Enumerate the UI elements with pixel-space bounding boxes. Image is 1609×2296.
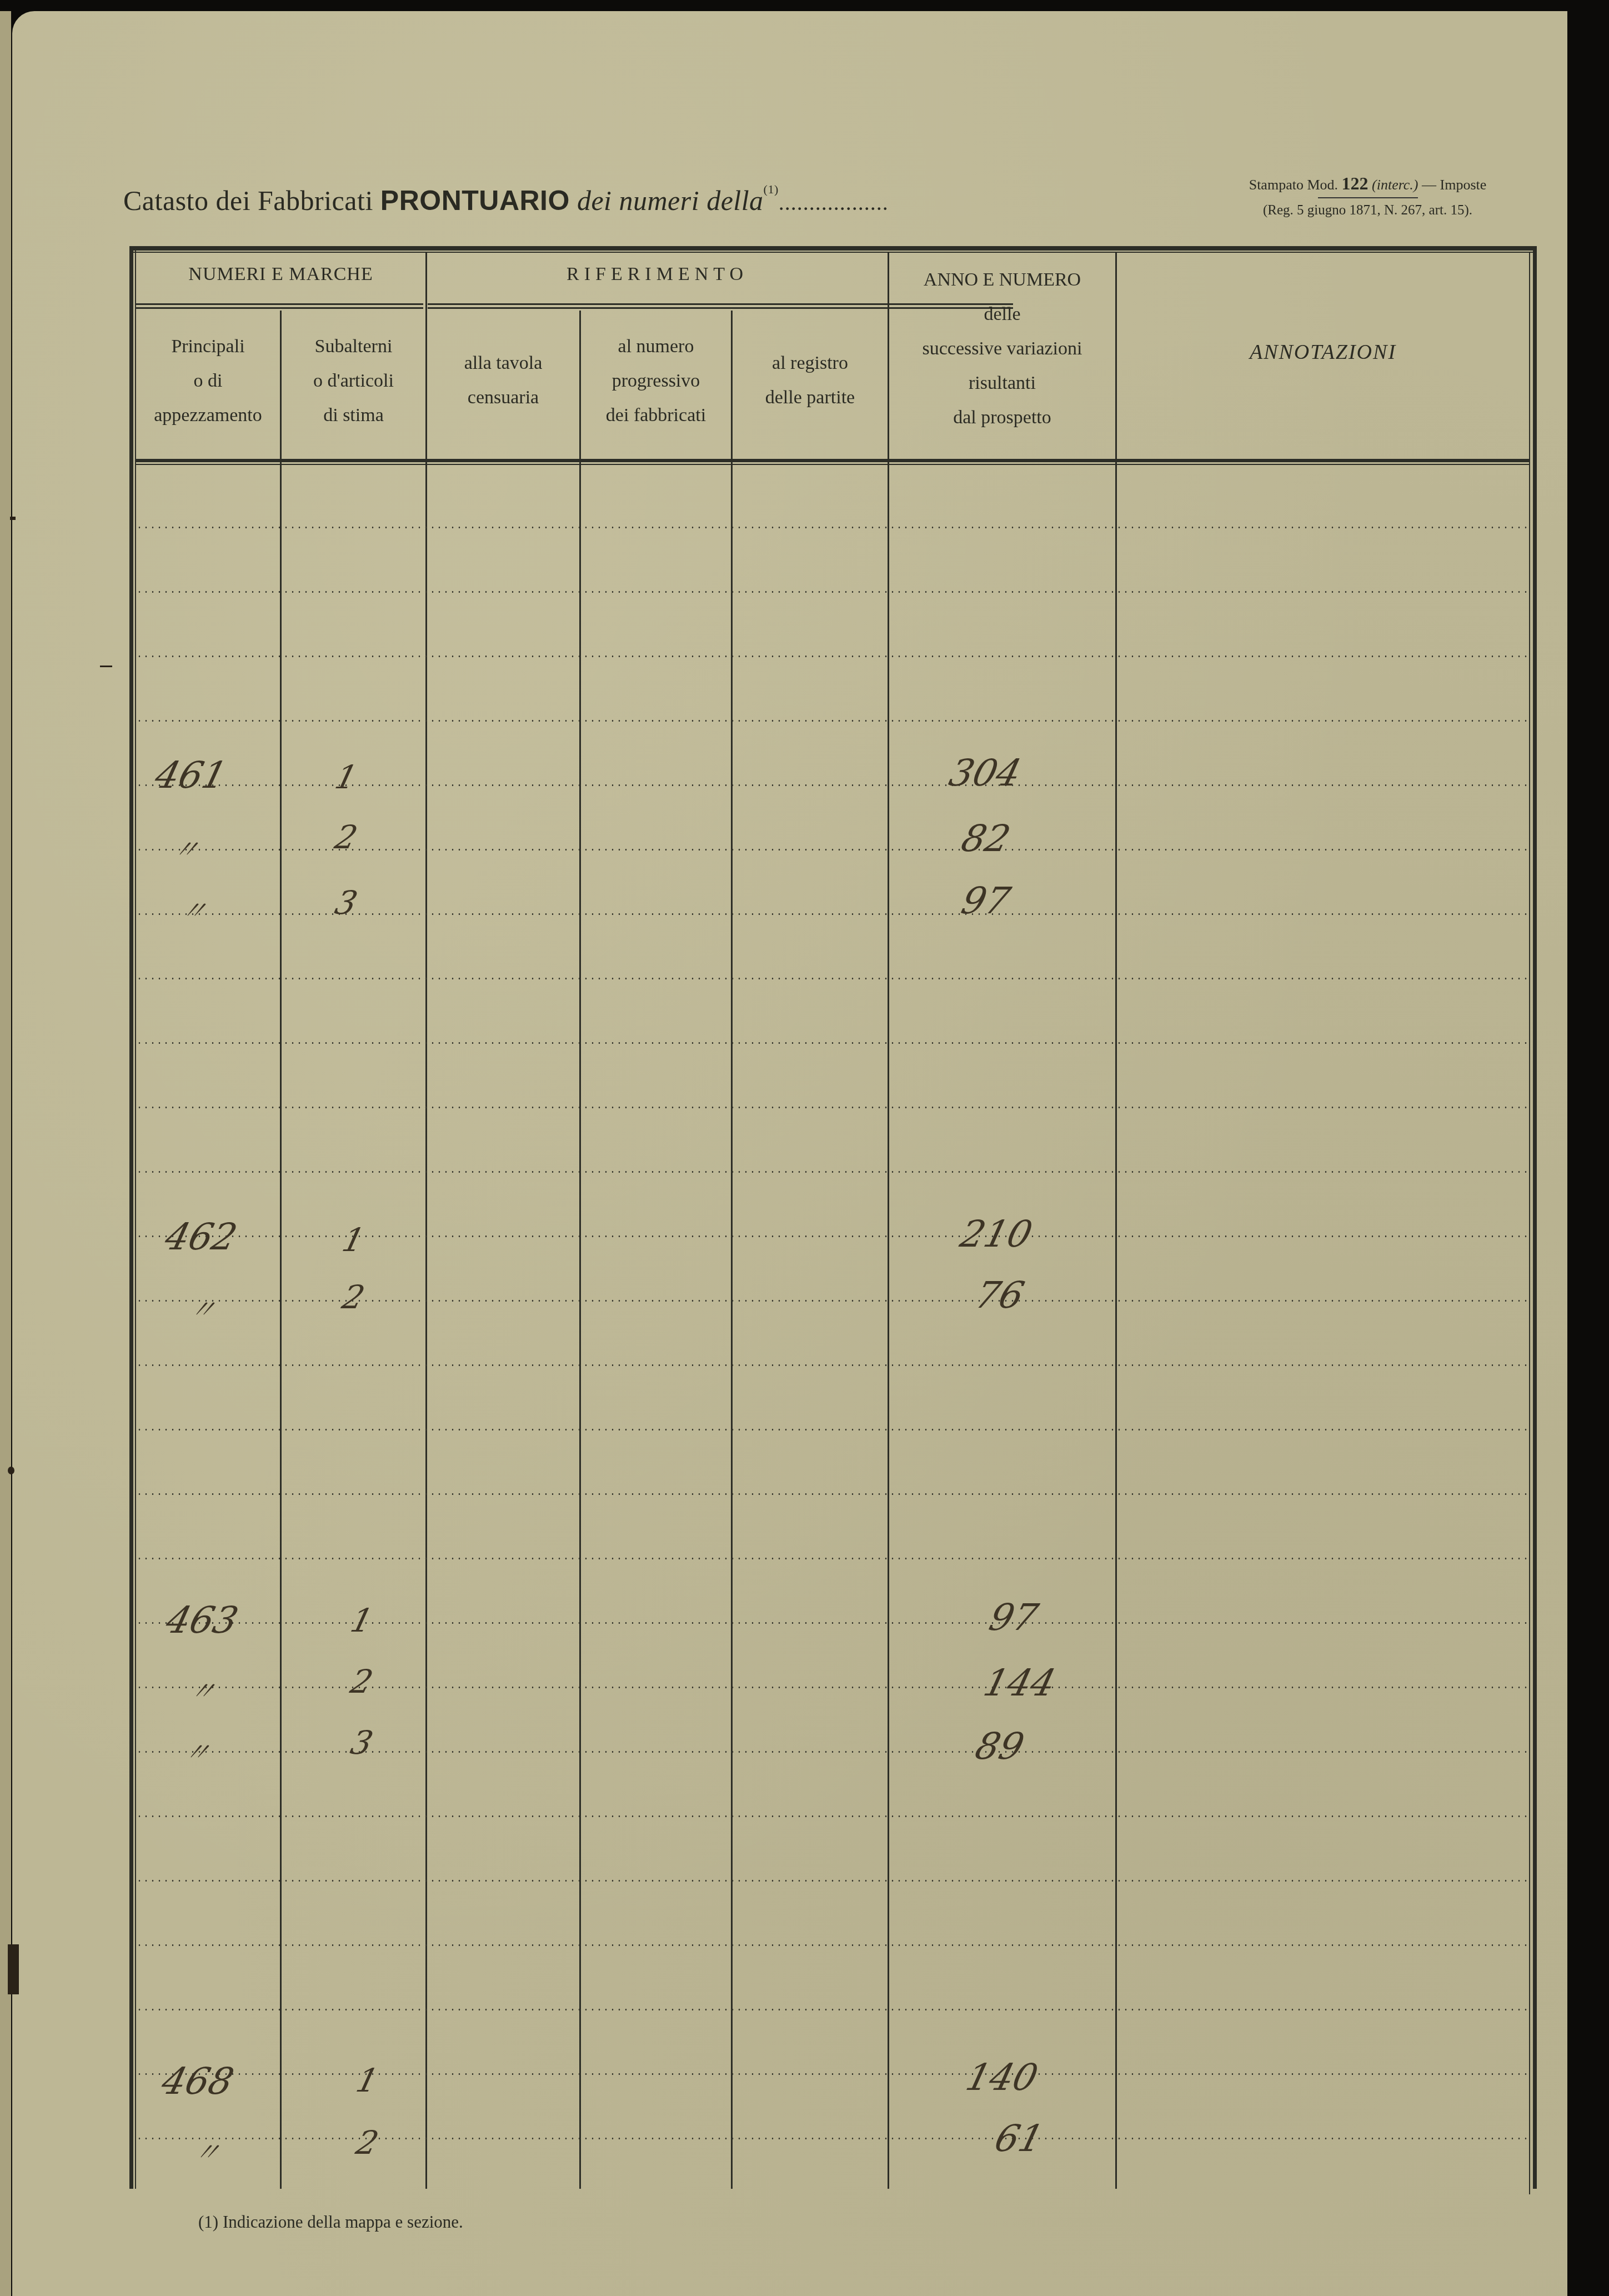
cell-subalterni[interactable]: 1 [332, 758, 362, 796]
cell-subalterni[interactable]: 3 [332, 884, 362, 922]
footnote-ref: (1) [764, 182, 779, 196]
row-line [136, 2009, 1529, 2010]
cell-principali[interactable]: 463 [162, 1599, 242, 1642]
row-line [136, 2138, 1529, 2139]
stamp-model-number: 122 [1342, 173, 1369, 193]
cell-anno-numero[interactable]: 140 [961, 2056, 1042, 2099]
row-line [136, 720, 1529, 722]
row-line [136, 591, 1529, 593]
cell-principali-ditto[interactable]: 〃 [181, 1732, 215, 1769]
col-header-anno-numero: ANNO E NUMERO delle successive variazion… [889, 263, 1115, 435]
cell-anno-numero[interactable]: 82 [957, 817, 1014, 860]
group-divider [136, 307, 423, 309]
cell-subalterni[interactable]: 1 [339, 1221, 369, 1259]
row-line [136, 1622, 1529, 1624]
row-line [136, 656, 1529, 657]
cell-principali-ditto[interactable]: 〃 [186, 1289, 220, 1326]
stamp-italic: (interc.) [1372, 177, 1418, 193]
cell-principali[interactable]: 462 [161, 1215, 241, 1258]
cell-principali-ditto[interactable]: 〃 [177, 891, 212, 927]
group-divider [136, 303, 423, 305]
row-line [136, 1171, 1529, 1173]
cell-subalterni[interactable]: 1 [347, 1602, 377, 1639]
col-header-registro: al registro delle partite [733, 346, 888, 415]
group-header-riferimento: RIFERIMENTO [427, 257, 888, 292]
col-header-numero-progressivo: al numero progressivo dei fabbricati [581, 329, 731, 433]
stamp-rule [1318, 197, 1418, 198]
title-prefix: Catasto dei Fabbricati [123, 185, 373, 216]
row-line [136, 1107, 1529, 1108]
col-divider [425, 252, 427, 2189]
table-border-top [129, 246, 1536, 251]
cell-principali[interactable]: 468 [157, 2060, 238, 2103]
cell-anno-numero[interactable]: 89 [971, 1725, 1028, 1768]
row-line [136, 1042, 1529, 1044]
cell-principali[interactable]: 461 [151, 754, 231, 797]
col-divider [888, 252, 889, 2189]
table-border-left-inner [135, 246, 136, 2189]
cell-anno-numero[interactable]: 304 [945, 752, 1025, 794]
form-stamp: Stampato Mod. 122 (interc.) — Imposte (R… [1214, 173, 1522, 218]
row-line [136, 1751, 1529, 1753]
cell-subalterni[interactable]: 1 [353, 2062, 383, 2099]
cell-subalterni[interactable]: 2 [347, 1663, 377, 1700]
cell-anno-numero[interactable]: 210 [956, 1213, 1036, 1255]
title-bold: PRONTUARIO [380, 185, 570, 216]
row-line [136, 1815, 1529, 1817]
row-line [136, 1364, 1529, 1366]
header-bottom-border [136, 464, 1529, 465]
row-line [136, 527, 1529, 528]
cell-anno-numero[interactable]: 97 [985, 1596, 1042, 1639]
col-header-tavola: alla tavola censuaria [427, 346, 579, 415]
cell-principali-ditto[interactable]: 〃 [169, 829, 204, 866]
col-divider [1115, 252, 1117, 2189]
col-header-subalterni: Subalterni o d'articoli di stima [282, 329, 425, 433]
row-line [136, 978, 1529, 979]
stamp-suffix: — Imposte [1422, 177, 1486, 193]
cell-subalterni[interactable]: 2 [339, 1278, 369, 1316]
stamp-prefix: Stampato Mod. [1249, 177, 1338, 193]
form-title: Catasto dei Fabbricati PRONTUARIO dei nu… [123, 184, 889, 217]
title-italic: dei numeri della [577, 185, 764, 216]
row-line [136, 2073, 1529, 2075]
table-border-right [1533, 246, 1537, 2189]
table-border-top-inner [129, 252, 1536, 253]
binding-mark [8, 1944, 19, 1994]
cell-principali-ditto[interactable]: 〃 [186, 1671, 220, 1708]
title-blank-field[interactable]: .................. [779, 190, 889, 215]
row-line [136, 1880, 1529, 1882]
table-border-right-inner [1529, 252, 1530, 2194]
footnote: (1) Indicazione della mappa e sezione. [198, 2212, 463, 2232]
row-line [136, 1944, 1529, 1946]
cell-anno-numero[interactable]: 76 [971, 1274, 1028, 1317]
row-line [136, 1493, 1529, 1495]
group-header-numeri-e-marche: NUMERI E MARCHE [136, 257, 425, 292]
cell-subalterni[interactable]: 3 [347, 1724, 377, 1762]
prontuario-table: NUMERI E MARCHE RIFERIMENTO Principali o… [129, 246, 1536, 2189]
cell-anno-numero[interactable]: 144 [979, 1662, 1060, 1704]
cell-subalterni[interactable]: 2 [353, 2124, 383, 2162]
binding-mark [10, 517, 16, 520]
table-border-left [129, 246, 133, 2189]
header-bottom-border [136, 459, 1529, 462]
binding-mark [8, 1467, 14, 1474]
col-header-principali: Principali o di appezzamento [136, 329, 280, 433]
stamp-regulation: (Reg. 5 giugno 1871, N. 267, art. 15). [1214, 203, 1522, 218]
cell-anno-numero[interactable]: 61 [990, 2117, 1047, 2160]
cell-anno-numero[interactable]: 97 [957, 879, 1014, 922]
row-line [136, 1687, 1529, 1688]
row-line [136, 1429, 1529, 1430]
pencil-mark [100, 666, 112, 667]
scan-background [1567, 0, 1609, 2296]
col-header-annotazioni: ANNOTAZIONI [1117, 335, 1529, 369]
row-line [136, 1558, 1529, 1559]
